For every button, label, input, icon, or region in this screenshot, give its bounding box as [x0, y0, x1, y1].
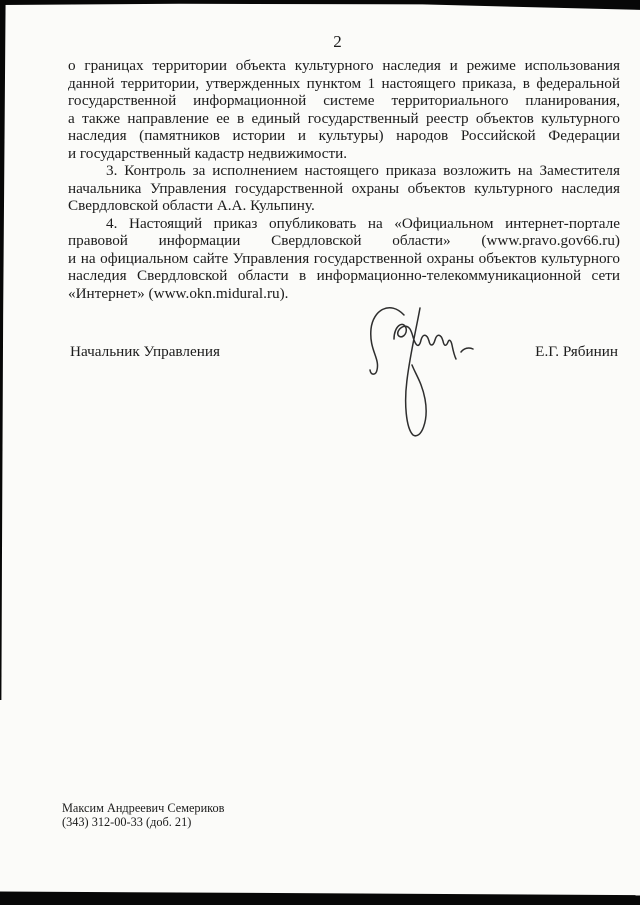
- body-line: и государственный кадастр недвижимости.: [68, 145, 620, 163]
- contact-block: Максим Андреевич Семериков (343) 312-00-…: [62, 802, 224, 830]
- body-line: о границах территории объекта культурног…: [68, 57, 620, 75]
- body-line: наследия (памятников истории и культуры)…: [68, 127, 620, 145]
- signature-position-label: Начальник Управления: [70, 343, 220, 361]
- scan-border-bottom: [0, 890, 640, 905]
- body-line: начальника Управления государственной ох…: [68, 180, 620, 198]
- scan-border-top: [0, 0, 640, 11]
- body-line: 4. Настоящий приказ опубликовать на «Офи…: [68, 215, 620, 233]
- page-number: 2: [35, 32, 640, 52]
- body-line: а также направление ее в единый государс…: [68, 110, 620, 128]
- contact-phone: (343) 312-00-33 (доб. 21): [62, 816, 224, 830]
- signature-scribble: [350, 295, 490, 445]
- scan-border-left: [0, 0, 7, 700]
- signature-row: Начальник Управления Е.Г. Рябинин: [70, 343, 618, 361]
- document-body: о границах территории объекта культурног…: [68, 57, 620, 302]
- body-line: данной территории, утвержденных пунктом …: [68, 75, 620, 93]
- body-line: правовой информации Свердловской области…: [68, 232, 620, 250]
- body-line: наследия Свердловской области в информац…: [68, 267, 620, 285]
- signer-name: Е.Г. Рябинин: [535, 343, 618, 361]
- contact-name: Максим Андреевич Семериков: [62, 802, 224, 816]
- body-line: «Интернет» (www.okn.midural.ru).: [68, 285, 620, 303]
- body-line: Свердловской области А.А. Кульпину.: [68, 197, 620, 215]
- body-line: государственной информационной системе т…: [68, 92, 620, 110]
- body-line: и на официальном сайте Управления госуда…: [68, 250, 620, 268]
- body-line: 3. Контроль за исполнением настоящего пр…: [68, 162, 620, 180]
